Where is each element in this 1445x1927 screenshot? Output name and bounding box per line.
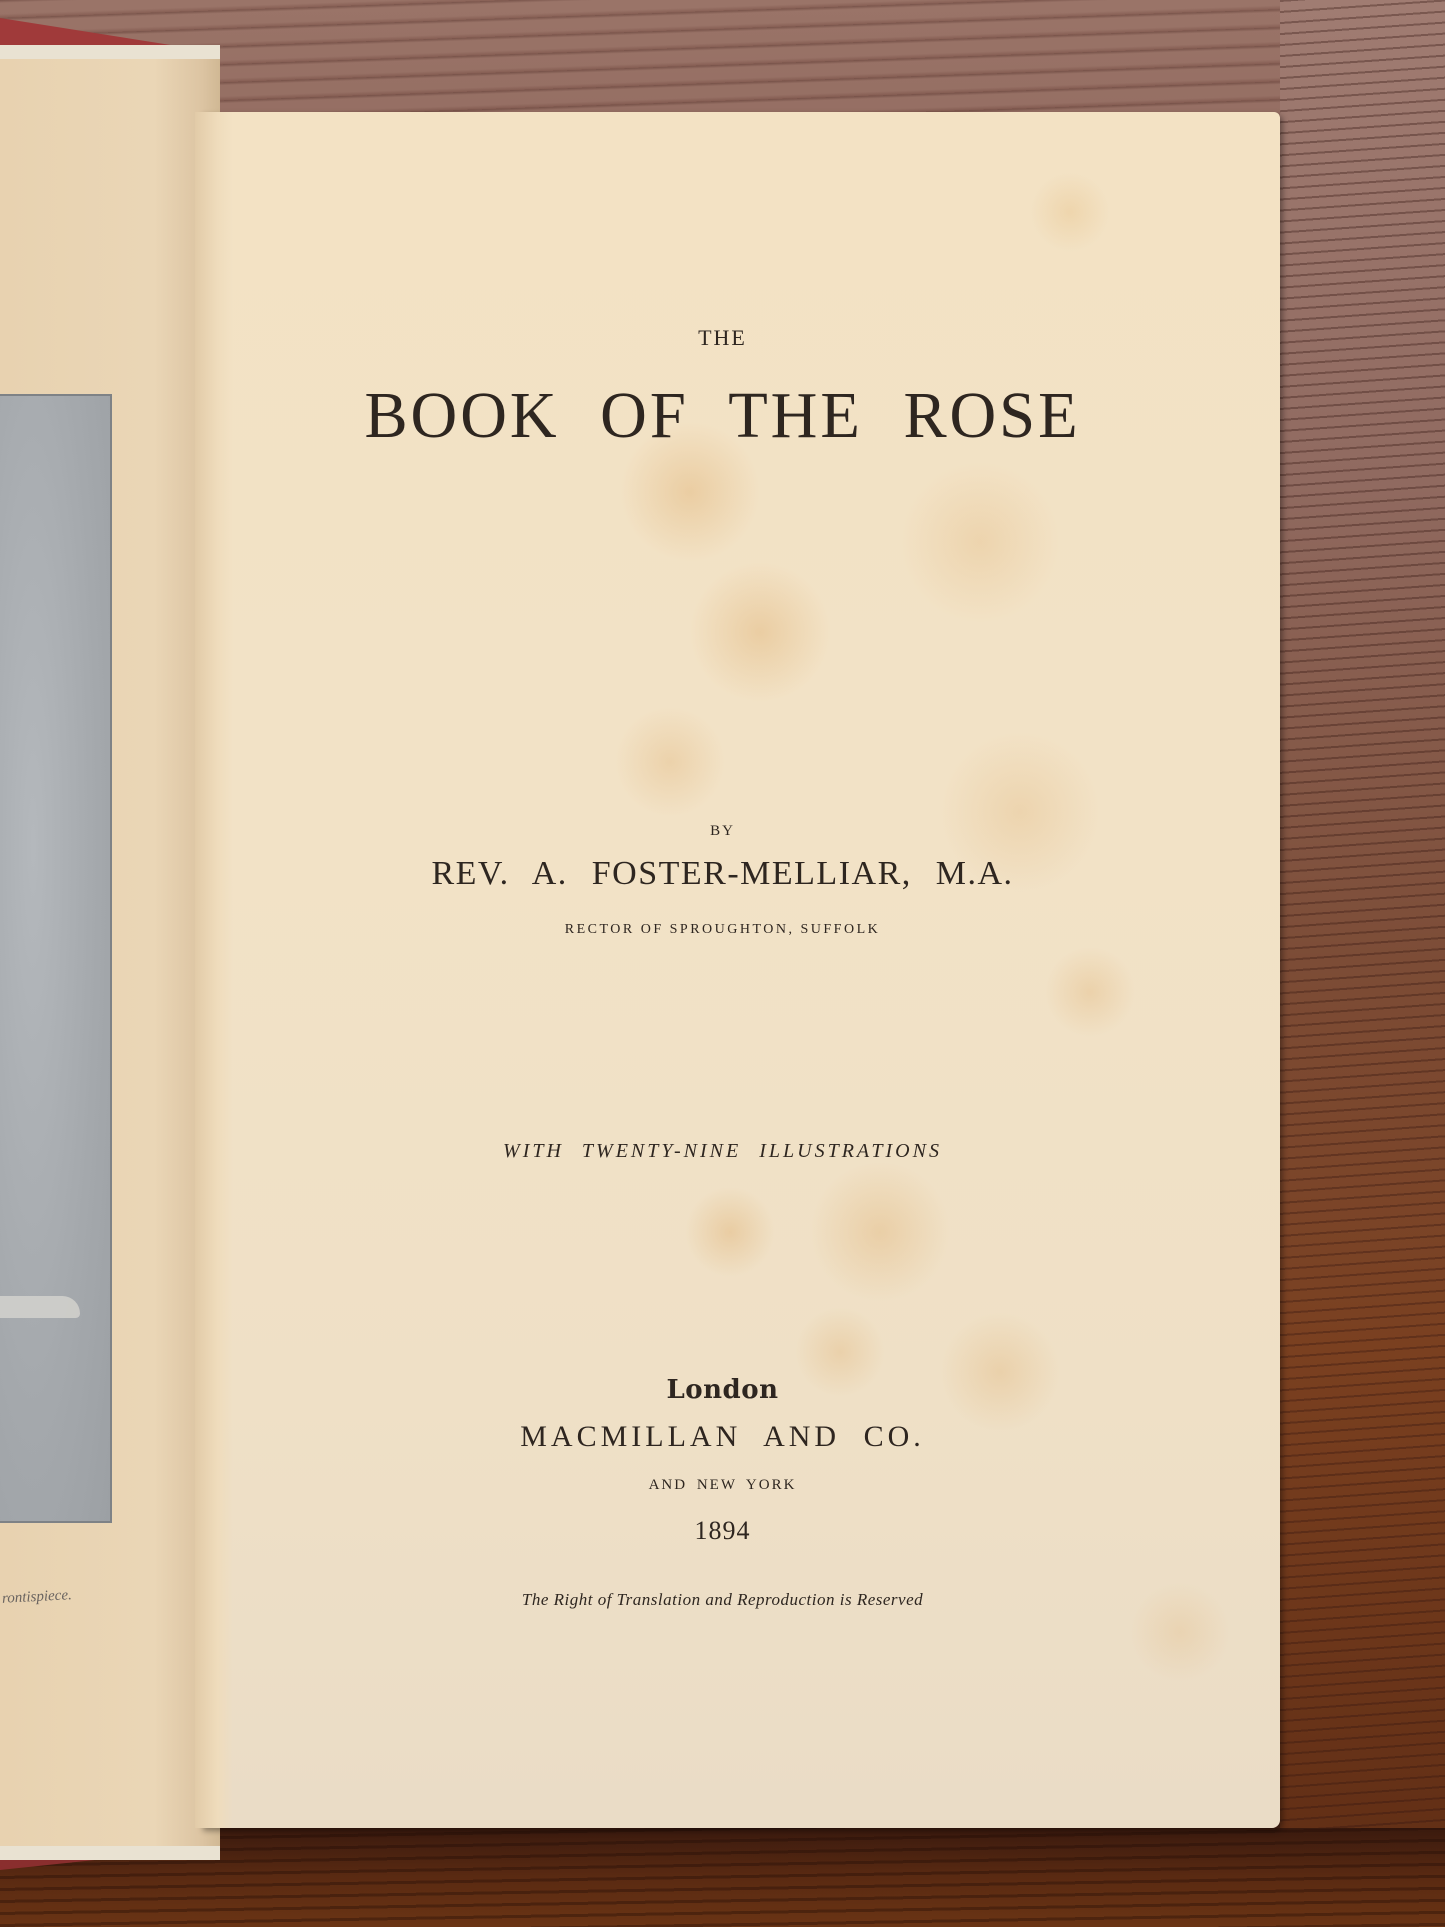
book-title: BOOK OF THE ROSE (14, 378, 1430, 454)
rights-notice: The Right of Translation and Reproductio… (0, 1590, 1445, 1610)
publisher-locations: AND NEW YORK (0, 1477, 1445, 1494)
illustrations-note: WITH TWENTY-NINE ILLUSTRATIONS (0, 1140, 1445, 1163)
title-page (200, 112, 1280, 1828)
author-name: REV. A. FOSTER-MELLIAR, M.A. (0, 855, 1445, 893)
frontispiece-detail (0, 1296, 80, 1318)
author-affiliation: RECTOR OF SPROUGHTON, SUFFOLK (0, 922, 1445, 938)
wooden-table-right (1280, 0, 1445, 1927)
publication-place: London (0, 1375, 1445, 1405)
by-line: BY (0, 823, 1445, 840)
frontispiece-image (0, 394, 112, 1523)
pre-title: THE (0, 325, 1445, 351)
publication-year: 1894 (0, 1516, 1445, 1546)
page-gutter (195, 112, 233, 1828)
left-page: rontispiece. (0, 45, 220, 1860)
publisher-name: MACMILLAN AND CO. (0, 1420, 1445, 1454)
